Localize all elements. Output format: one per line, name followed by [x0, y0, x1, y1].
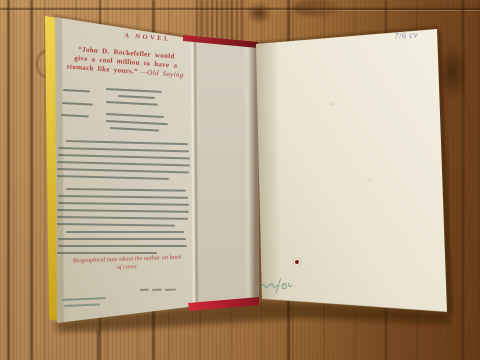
- cast-list-line: [61, 114, 89, 118]
- cast-list-line: [118, 95, 155, 99]
- cast-list-line: [106, 101, 158, 106]
- cast-list-line: [106, 120, 168, 125]
- paragraph-3-line: [57, 252, 157, 254]
- cast-list-line: [106, 88, 162, 93]
- paragraph-2-line: [66, 188, 186, 192]
- cast-list-line: [62, 102, 93, 106]
- paragraph-3-line: [58, 238, 186, 240]
- illegible-print-lines: [0, 0, 480, 360]
- paragraph-2-line: [57, 209, 189, 213]
- paragraph-2-line: [58, 202, 189, 206]
- paragraph-1-line: [58, 147, 189, 153]
- price-line-line: [165, 289, 176, 291]
- paragraph-1-line: [57, 168, 189, 174]
- cast-list-line: [106, 113, 164, 118]
- photo-open-book-on-floor: A NOVEL “John D. Rockefeller would give …: [0, 0, 480, 360]
- paragraph-3-line: [58, 245, 187, 247]
- pencil-price-mark: 7/6 cv: [394, 29, 418, 41]
- price-line-line: [140, 289, 149, 291]
- publisher-imprint-line: [62, 297, 106, 301]
- paragraph-1-line: [66, 140, 188, 145]
- paragraph-1-line: [57, 161, 190, 167]
- publisher-imprint-line: [64, 303, 100, 306]
- paragraph-2-line: [57, 223, 175, 227]
- cast-list-line: [110, 127, 159, 132]
- paragraph-2-line: [58, 195, 188, 199]
- cast-list-line: [63, 89, 90, 93]
- paragraph-1-line: [57, 175, 169, 180]
- paragraph-2-line: [57, 216, 188, 220]
- paragraph-1-line: [58, 154, 190, 160]
- price-line-line: [152, 289, 162, 291]
- book-content: A NOVEL “John D. Rockefeller would give …: [0, 0, 480, 360]
- paragraph-3-line: [66, 231, 184, 233]
- handwritten-owner-inscription: [257, 276, 296, 297]
